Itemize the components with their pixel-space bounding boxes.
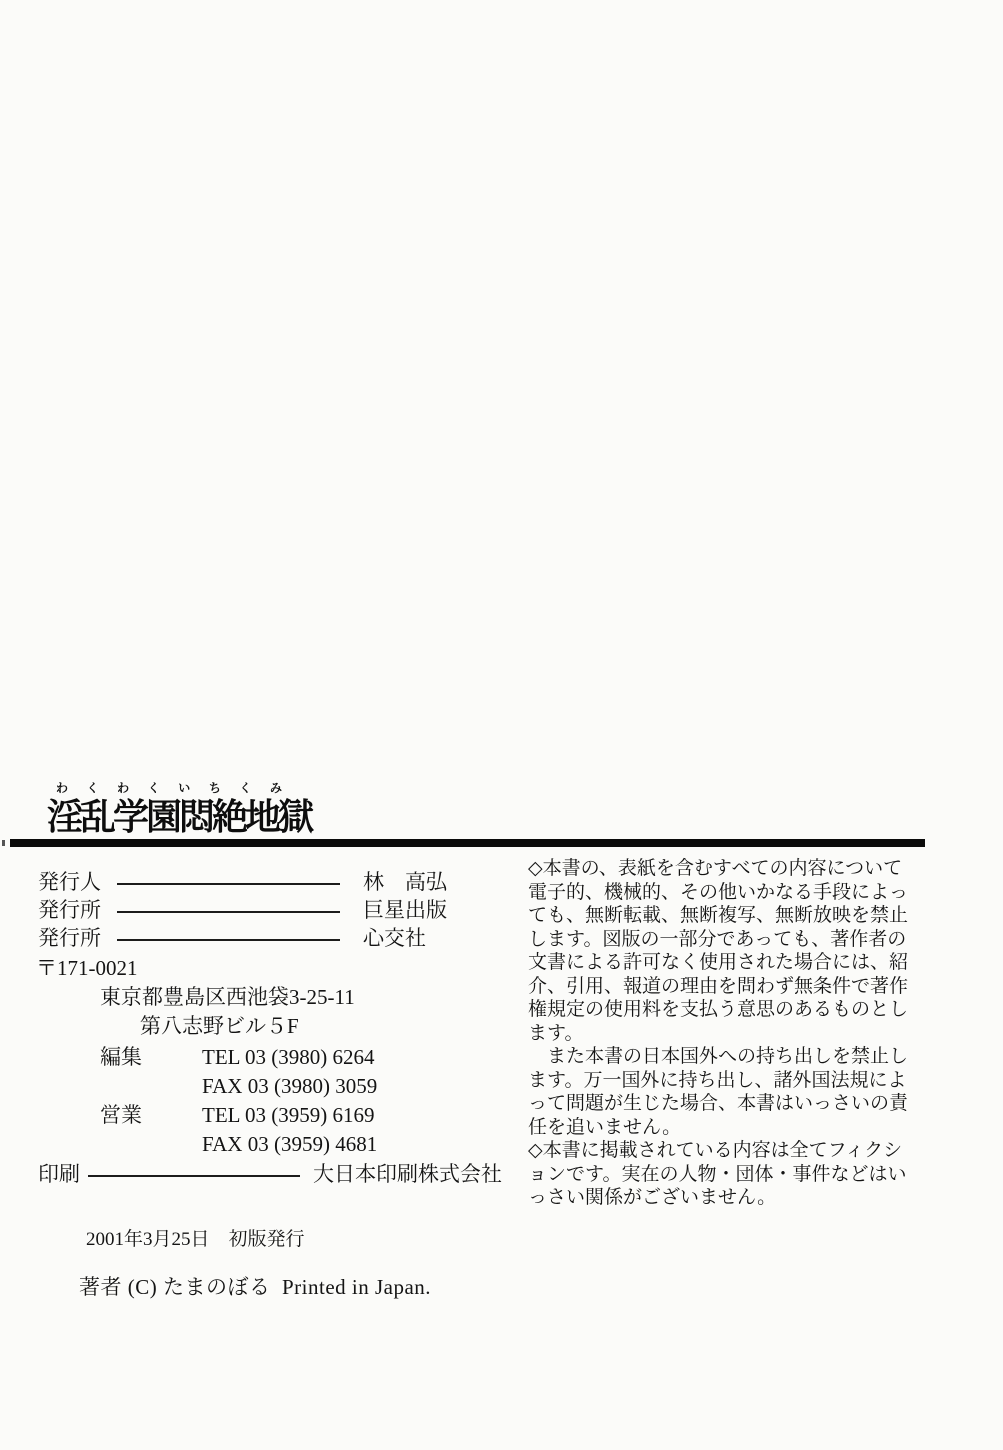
legal-notice: ◇本書の、表紙を含むすべての内容について 電子的、機械的、その他いかなる手段によ… (528, 857, 920, 1210)
sales-tel: TEL 03 (3959) 6169 (202, 1104, 374, 1127)
scan-speck (2, 840, 5, 846)
leader-line (117, 883, 340, 885)
publisher-label: 発行所 (38, 899, 101, 922)
notice-line: 介、引用、報道の理由を問わず無条件で著作 (528, 975, 920, 999)
printer-label: 印刷 (38, 1163, 80, 1186)
notice-line: ョンです。実在の人物・団体・事件などはい (528, 1163, 920, 1187)
colophon-page: わ く わ く い ち く み 淫乱学園悶絶地獄 発行人 林 高弘 発行所 巨星… (0, 0, 1003, 1450)
publisher2-label: 発行所 (38, 927, 101, 950)
leader-line (117, 939, 340, 941)
notice-line: また本書の日本国外への持ち出しを禁止し (528, 1045, 920, 1069)
notice-line: 文書による許可なく使用された場合には、紹 (528, 951, 920, 975)
publisher-value: 巨星出版 (363, 899, 447, 922)
edition-date: 2001年3月25日 初版発行 (86, 1224, 305, 1251)
notice-line: ても、無断転載、無断複写、無断放映を禁止 (528, 904, 920, 928)
publisher-person-value: 林 高弘 (363, 871, 447, 894)
leader-line (88, 1175, 300, 1177)
publisher-person-label: 発行人 (38, 871, 101, 894)
sales-label: 営業 (100, 1104, 142, 1127)
notice-line: 任を追いません。 (528, 1116, 920, 1140)
book-title: 淫乱学園悶絶地獄 (47, 789, 311, 840)
notice-line: ます。 (528, 1022, 920, 1046)
editorial-fax: FAX 03 (3980) 3059 (202, 1075, 377, 1098)
author-copyright: 著者 (C) たまのぼる Printed in Japan. (79, 1271, 431, 1301)
notice-line: 権規定の使用料を支払う意思のあるものとし (528, 998, 920, 1022)
editorial-label: 編集 (100, 1046, 142, 1069)
address-line2: 第八志野ビル５F (140, 1015, 299, 1038)
leader-line (117, 911, 340, 913)
divider-rule (10, 839, 925, 847)
notice-line: ます。万一国外に持ち出し、諸外国法規によ (528, 1069, 920, 1093)
printer-value: 大日本印刷株式会社 (313, 1163, 502, 1186)
notice-line: っさい関係がございません。 (528, 1186, 920, 1210)
editorial-tel: TEL 03 (3980) 6264 (202, 1046, 374, 1069)
notice-line: します。図版の一部分であっても、著作者の (528, 928, 920, 952)
postal-code: 〒171-0021 (36, 957, 138, 980)
notice-line: ◇本書の、表紙を含むすべての内容について (528, 857, 920, 881)
address-line1: 東京都豊島区西池袋3-25-11 (100, 986, 355, 1009)
notice-line: って問題が生じた場合、本書はいっさいの責 (528, 1092, 920, 1116)
sales-fax: FAX 03 (3959) 4681 (202, 1133, 377, 1156)
notice-line: ◇本書に掲載されている内容は全てフィクシ (528, 1139, 920, 1163)
publisher2-value: 心交社 (363, 927, 426, 950)
notice-line: 電子的、機械的、その他いかなる手段によっ (528, 881, 920, 905)
